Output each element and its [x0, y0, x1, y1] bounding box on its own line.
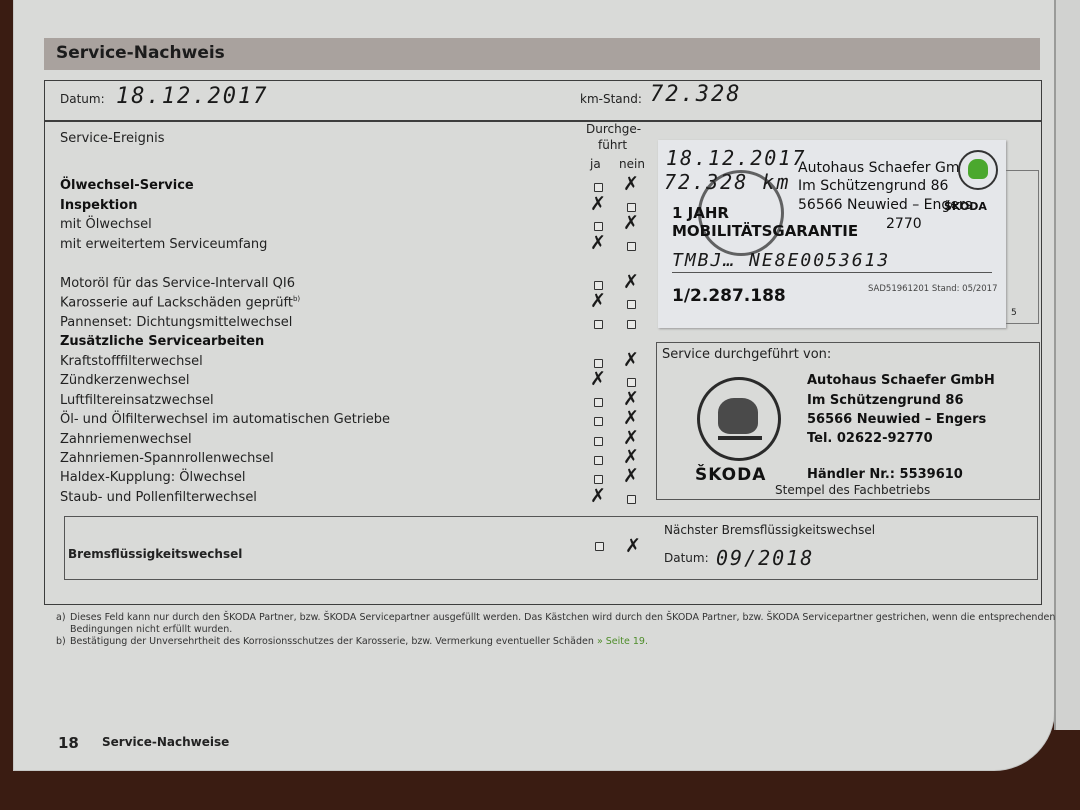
ja-checkbox[interactable] [594, 398, 603, 407]
done-header-2: führt [598, 138, 627, 152]
footnote-b: Bestätigung der Unversehrtheit des Korro… [70, 636, 648, 647]
service-row-label: mit Ölwechsel [60, 217, 152, 232]
sticker-brand: ŠKODA [944, 200, 987, 213]
service-row-label: Inspektion [60, 198, 137, 213]
divider [44, 120, 1042, 122]
service-row-label: Karosserie auf Lackschäden geprüftb) [60, 295, 300, 310]
done-header-1: Durchge- [586, 122, 641, 136]
stamp-phone: Tel. 02622-92770 [807, 431, 933, 446]
ja-checkbox[interactable] [594, 359, 603, 368]
no-header: nein [619, 157, 645, 171]
datum-label: Datum: [60, 92, 105, 106]
nein-checkbox[interactable] [627, 320, 636, 329]
dealer-stamp-box: Service durchgeführt von: Autohaus Schae… [656, 342, 1040, 500]
ja-checked-mark[interactable]: ✗ [590, 487, 606, 506]
nein-checked-mark[interactable]: ✗ [623, 214, 639, 233]
ja-checkbox[interactable] [594, 281, 603, 290]
event-header: Service-Ereignis [60, 131, 165, 146]
nein-checkbox[interactable] [627, 242, 636, 251]
ja-checked-mark[interactable]: ✗ [590, 234, 606, 253]
ja-checkbox[interactable] [594, 456, 603, 465]
service-row-label: Haldex-Kupplung: Ölwechsel [60, 470, 245, 485]
service-row-label: Öl- und Ölfilterwechsel im automatischen… [60, 412, 390, 427]
stamp-brand: ŠKODA [695, 465, 766, 485]
sticker-dealer: Autohaus Schaefer GmbH [798, 160, 979, 176]
datum-value[interactable]: 18.12.2017 [116, 84, 268, 109]
sticker-form-code: SAD51961201 Stand: 05/2017 [868, 284, 997, 294]
stamp-caption: Stempel des Fachbetriebs [775, 483, 930, 497]
sticker-field-frame [1006, 170, 1039, 324]
footnote-b-mark: b) [56, 636, 66, 647]
ja-checkbox[interactable] [594, 222, 603, 231]
sticker-vin: TMBJ… NE8E0053613 [672, 250, 890, 271]
service-row-label: Luftfiltereinsatzwechsel [60, 393, 214, 408]
service-row-label: mit erweitertem Serviceumfang [60, 237, 267, 252]
service-row-label: Staub- und Pollenfilterwechsel [60, 490, 257, 505]
nein-checkbox[interactable] [627, 300, 636, 309]
page-19-link[interactable]: » Seite 19. [597, 636, 648, 647]
nein-checkbox[interactable] [627, 495, 636, 504]
service-sticker: 18.12.2017 72.328 km Autohaus Schaefer G… [658, 140, 1006, 328]
km-value[interactable]: 72.328 [650, 82, 741, 107]
service-row-label: Zahnriemenwechsel [60, 432, 192, 447]
service-row-label: Pannenset: Dichtungsmittelwechsel [60, 315, 292, 330]
sticker-hand-date: 18.12.2017 [666, 146, 806, 170]
km-label: km-Stand: [580, 92, 642, 106]
warranty-line-1: 1 JAHR [672, 204, 729, 222]
service-row-label: Ölwechsel-Service [60, 178, 194, 193]
sticker-corner: 5 [1011, 308, 1017, 318]
sticker-phone: 2770 [886, 216, 922, 232]
skoda-logo-icon [697, 377, 781, 461]
footnote-b-text: Bestätigung der Unversehrtheit des Korro… [70, 636, 594, 647]
service-row-label: Zündkerzenwechsel [60, 373, 190, 388]
nein-checked-mark[interactable]: ✗ [623, 175, 639, 194]
ja-checkbox[interactable] [594, 437, 603, 446]
nein-checked-mark[interactable]: ✗ [623, 273, 639, 292]
service-row-label: Motoröl für das Service-Intervall QI6 [60, 276, 295, 291]
nein-checkbox[interactable] [627, 203, 636, 212]
ja-checkbox[interactable] [594, 475, 603, 484]
next-brake-label: Nächster Bremsflüssigkeitswechsel [664, 523, 875, 537]
page-title: Service-Nachweis [56, 43, 225, 63]
ja-checkbox[interactable] [594, 320, 603, 329]
brake-fluid-no-mark[interactable]: ✗ [625, 537, 641, 556]
nein-checkbox[interactable] [627, 378, 636, 387]
yes-header: ja [590, 157, 601, 171]
stamp-street: Im Schützengrund 86 [807, 393, 964, 408]
stamp-city: 56566 Neuwied – Engers [807, 412, 986, 427]
warranty-line-2: MOBILITÄTSGARANTIE [672, 222, 858, 240]
next-brake-date-label: Datum: [664, 551, 709, 565]
footnote-a-mark: a) [56, 612, 66, 623]
next-page-edge [1054, 0, 1080, 730]
footnote-a-line-2: Bedingungen nicht erfüllt wurden. [70, 624, 232, 635]
stamp-dealer: Autohaus Schaefer GmbH [807, 373, 995, 388]
footnote-a-line-1: Dieses Feld kann nur durch den ŠKODA Par… [70, 612, 1055, 623]
skoda-logo-icon [958, 150, 998, 190]
service-row-label: Zusätzliche Servicearbeiten [60, 334, 264, 349]
title-bar: Service-Nachweis [44, 38, 1040, 70]
stamp-label: Service durchgeführt von: [662, 347, 831, 362]
nein-checked-mark[interactable]: ✗ [623, 409, 639, 428]
sticker-number: 1/2.287.188 [672, 286, 786, 306]
ja-checkbox[interactable] [594, 417, 603, 426]
ja-checked-mark[interactable]: ✗ [590, 370, 606, 389]
brake-fluid-yes-checkbox[interactable] [595, 542, 604, 551]
nein-checked-mark[interactable]: ✗ [623, 351, 639, 370]
brake-fluid-label: Bremsflüssigkeitswechsel [68, 547, 242, 561]
next-brake-date[interactable]: 09/2018 [716, 546, 814, 570]
ja-checked-mark[interactable]: ✗ [590, 292, 606, 311]
service-row-label: Zahnriemen-Spannrollenwechsel [60, 451, 274, 466]
ja-checked-mark[interactable]: ✗ [590, 195, 606, 214]
nein-checked-mark[interactable]: ✗ [623, 467, 639, 486]
footer-section: Service-Nachweise [102, 735, 229, 749]
service-row-label: Kraftstofffilterwechsel [60, 354, 203, 369]
ja-checkbox[interactable] [594, 183, 603, 192]
sticker-street: Im Schützengrund 86 [798, 178, 948, 194]
stamp-dealer-no: Händler Nr.: 5539610 [807, 467, 963, 482]
page-number: 18 [58, 734, 79, 752]
